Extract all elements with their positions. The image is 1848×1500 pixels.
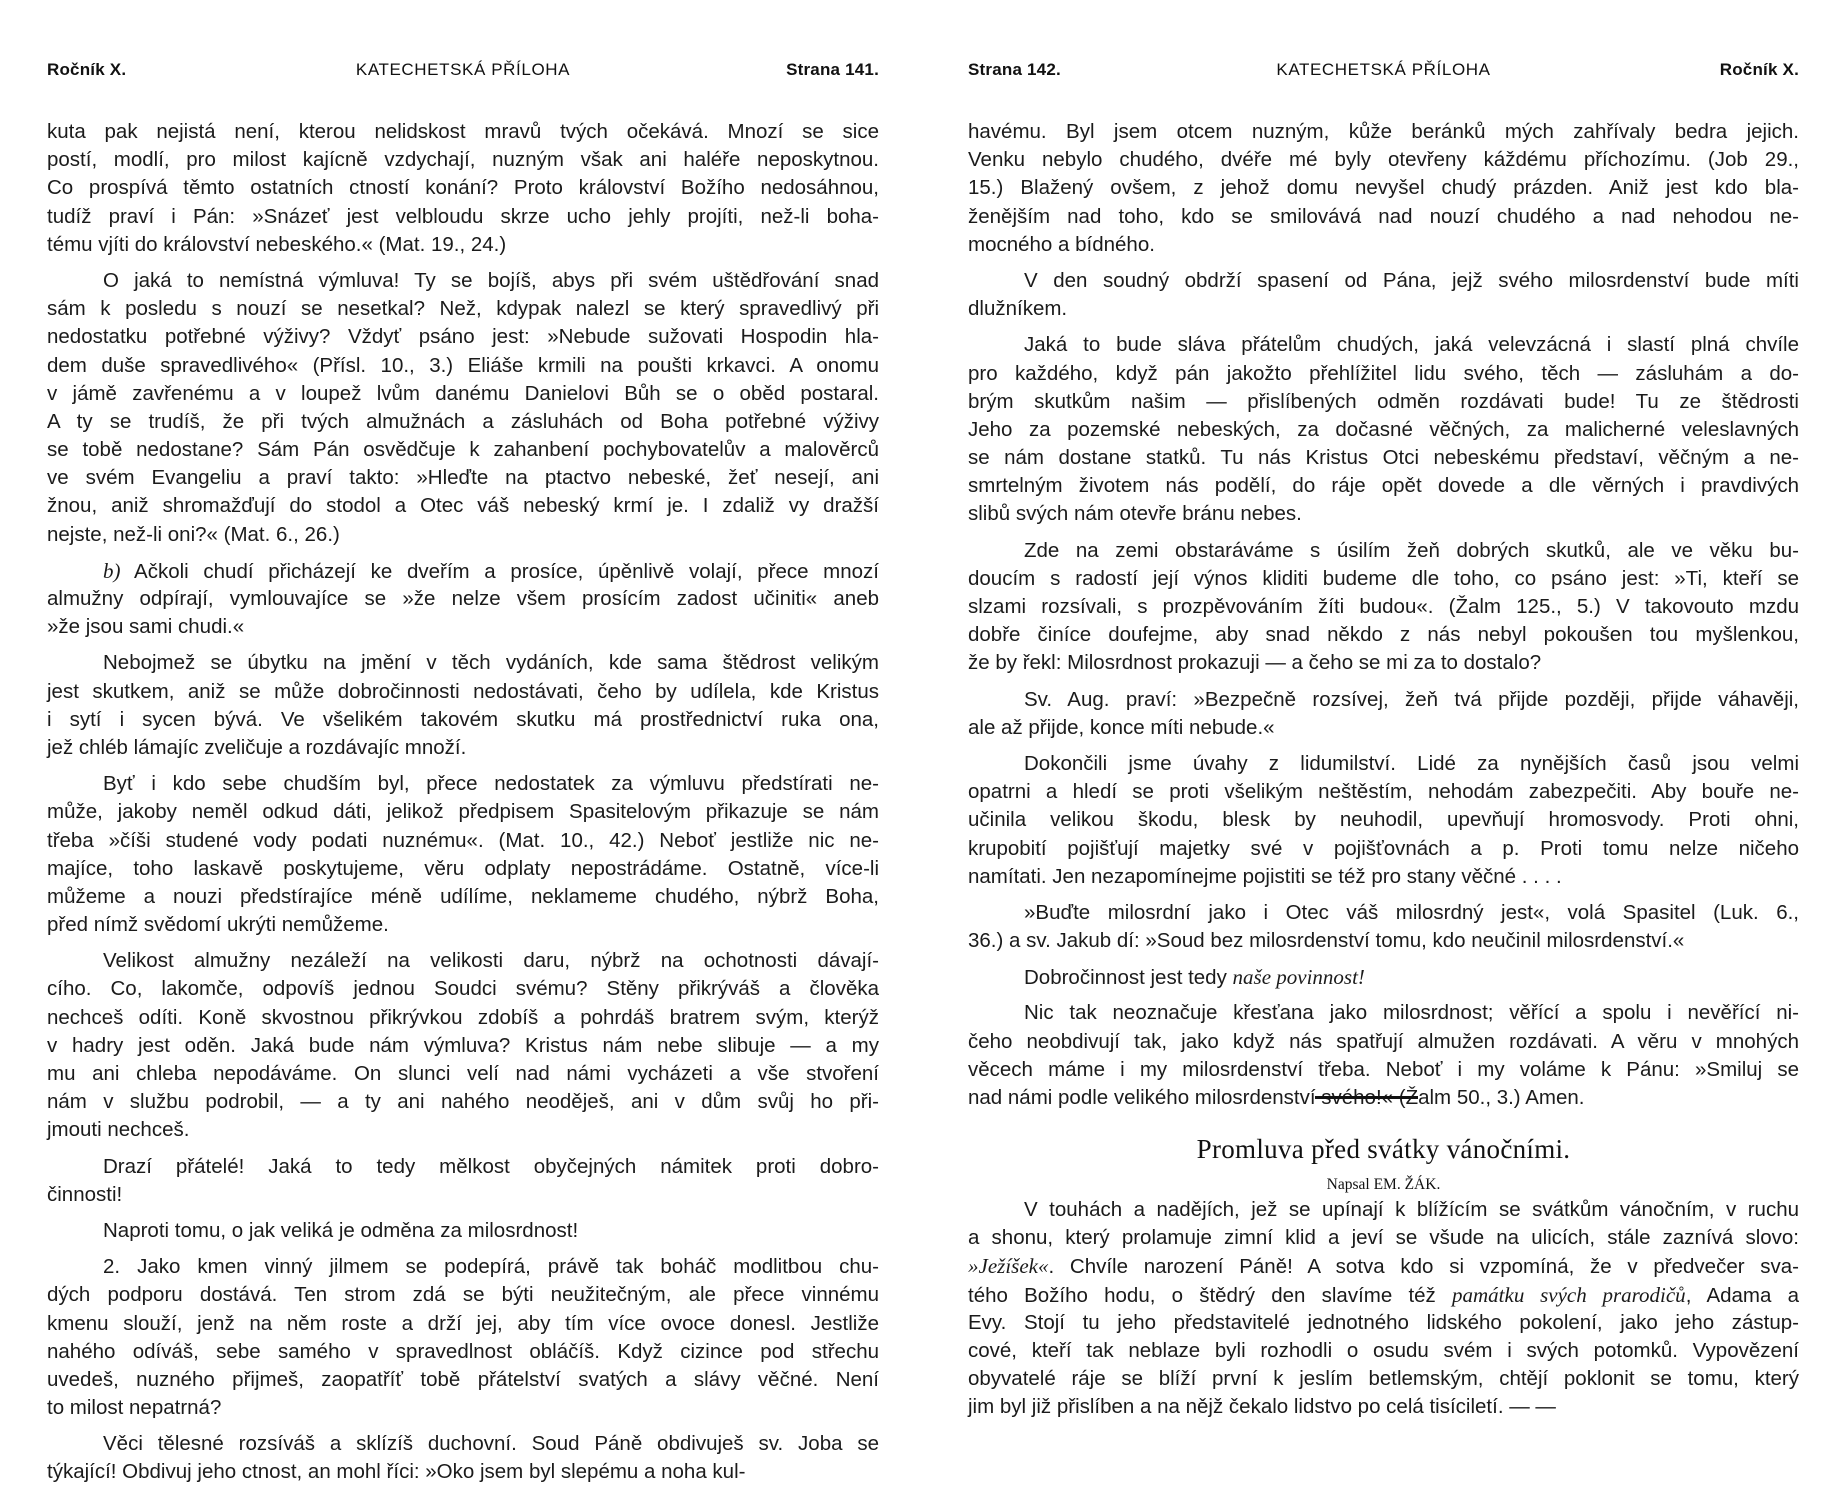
text-fragment: v jámě zavřenému a v loupež lvům danému … <box>47 382 879 405</box>
text-fragment: Byť i kdo sebe chudším byl, přece nedost… <box>103 772 879 795</box>
text-line: opatrni a hledí se proti všelikým neštěs… <box>968 778 1799 806</box>
text-fragment: nejste, než-li oni?« (Mat. 6., 26.) <box>47 523 340 546</box>
text-fragment: se tobě nedostane? Sám Pán osvědčuje k z… <box>47 438 879 461</box>
text-fragment: činnosti! <box>47 1183 122 1206</box>
text-fragment: »Buďte milosrdní jako i Otec váš milosrd… <box>1024 901 1799 924</box>
emphasis: »Ježíšek« <box>968 1254 1048 1278</box>
right-page-body: havému. Byl jsem otcem nuzným, kůže berá… <box>968 118 1799 1120</box>
text-fragment: smrtelným životem nás podělí, do ráje op… <box>968 474 1799 497</box>
left-page-body: kuta pak nejistá není, kterou nelidskost… <box>47 118 879 1495</box>
text-fragment: dých podporu dostává. Ten strom zdá se b… <box>47 1283 879 1306</box>
paragraph: Zde na zemi obstaráváme s úsilím žeň dob… <box>968 537 1799 678</box>
text-line: namítati. Jen nezapomínejme pojistiti se… <box>968 863 1799 891</box>
text-line: nedostatku potřebné výživy? Vždyť psáno … <box>47 323 879 351</box>
text-fragment: tudíž praví i Pán: »Snázeť jest velbloud… <box>47 205 879 228</box>
text-fragment: může, jakoby neměl odkud dáti, jelikož p… <box>47 800 879 823</box>
text-line: krupobití pojišťují majetky své v pojišť… <box>968 835 1799 863</box>
text-fragment: . Chvíle narození Páně! A sotva kdo si v… <box>1048 1255 1799 1278</box>
text-fragment: slzami rozsívali, s prozpěvováním žíti b… <box>968 595 1799 618</box>
text-fragment: kmenu slouží, jenž na něm roste a drží j… <box>47 1312 879 1335</box>
text-fragment: V den soudný obdrží spasení od Pána, jej… <box>1024 269 1799 292</box>
text-line: ženějším nad toho, kdo se smilovává nad … <box>968 203 1799 231</box>
paragraph: 2. Jako kmen vinný jilmem se podepírá, p… <box>47 1253 879 1422</box>
text-fragment: týkající! Obdivuj jeho ctnost, an mohl ř… <box>47 1460 745 1483</box>
text-line: brým skutkům našim — přislíbených odměn … <box>968 388 1799 416</box>
text-fragment: jest skutkem, aniž se může dobročinnosti… <box>47 680 879 703</box>
text-line: cové, kteří tak neblaze byli rozhodli o … <box>968 1337 1799 1365</box>
text-fragment: nahého odíváš, sebe samého v spravedlnos… <box>47 1340 879 1363</box>
text-line: učinila velikou škodu, blesk by neuhodil… <box>968 806 1799 834</box>
text-fragment: Ačkoli chudí přicházejí ke dveřím a pros… <box>121 560 880 583</box>
text-line: »Ježíšek«. Chvíle narození Páně! A sotva… <box>968 1252 1799 1280</box>
text-fragment: uvedeš, nuzného přijmeš, zaopatříť tobě … <box>47 1368 879 1391</box>
text-fragment: ale až přijde, konce míti nebude.« <box>968 716 1275 739</box>
text-fragment: »že jsou sami chudi.« <box>47 615 244 638</box>
text-line: nahého odíváš, sebe samého v spravedlnos… <box>47 1338 879 1366</box>
text-line: Nebojmež se úbytku na jmění v těch vydán… <box>47 649 879 677</box>
text-fragment: třeba »číši studené vody podati nuznému«… <box>47 829 879 852</box>
paragraph: Nebojmež se úbytku na jmění v těch vydán… <box>47 649 879 762</box>
text-fragment: Nebojmež se úbytku na jmění v těch vydán… <box>103 651 879 674</box>
list-marker: b) <box>103 559 121 583</box>
text-line: to milost nepatrná? <box>47 1394 879 1422</box>
text-line: před nímž svědomí ukrýti nemůžeme. <box>47 911 879 939</box>
text-fragment: můžeme a nouzi předstírajíce méně udílím… <box>47 885 879 908</box>
text-line: týkající! Obdivuj jeho ctnost, an mohl ř… <box>47 1458 879 1486</box>
text-line: věcech máme i my milosrdenství třeba. Ne… <box>968 1056 1799 1084</box>
text-line: mocného a bídného. <box>968 231 1799 259</box>
text-line: Venku nebylo chudého, dvéře mé byly otev… <box>968 146 1799 174</box>
text-fragment: 36.) a sv. Jakub dí: »Soud bez milosrden… <box>968 929 1684 952</box>
text-fragment: sám k posledu s nouzí se nesetkal? Než, … <box>47 297 879 320</box>
text-fragment: před nímž svědomí ukrýti nemůžeme. <box>47 913 389 936</box>
text-fragment: Nic tak neoznačuje křesťana jako milosrd… <box>1024 1001 1799 1024</box>
text-fragment: Věci tělesné rozsíváš a sklízíš duchovní… <box>103 1432 879 1455</box>
running-head-right: Strana 142. KATECHETSKÁ PŘÍLOHA Ročník X… <box>968 60 1799 84</box>
text-fragment: Drazí přátelé! Jaká to tedy mělkost obyč… <box>103 1155 879 1178</box>
text-fragment: Dobročinnost jest tedy <box>1024 966 1233 989</box>
text-fragment: dem duše spravedlivého« (Přísl. 10., 3.)… <box>47 354 879 377</box>
text-line: tému vjíti do království nebeského.« (Ma… <box>47 231 879 259</box>
text-line: majíce, toho laskavě poskytujeme, věru o… <box>47 855 879 883</box>
paragraph: Velikost almužny nezáleží na velikosti d… <box>47 947 879 1144</box>
paragraph: V den soudný obdrží spasení od Pána, jej… <box>968 267 1799 323</box>
text-line: a shonu, který prolamuje zimní klid a je… <box>968 1224 1799 1252</box>
text-fragment: nedostatku potřebné výživy? Vždyť psáno … <box>47 325 879 348</box>
emphasis: naše povinnost! <box>1233 965 1365 989</box>
text-line: Nic tak neoznačuje křesťana jako milosrd… <box>968 999 1799 1027</box>
text-line: postí, modlí, pro milost kajícně vzdycha… <box>47 146 879 174</box>
text-line: Věci tělesné rozsíváš a sklízíš duchovní… <box>47 1430 879 1458</box>
paragraph: Jaká to bude sláva přátelům chudých, jak… <box>968 331 1799 528</box>
text-line: dlužníkem. <box>968 295 1799 323</box>
text-line: ale až přijde, konce míti nebude.« <box>968 714 1799 742</box>
text-fragment: dobře činíce doufejme, aby snad někdo z … <box>968 623 1799 646</box>
text-fragment: jež chléb lámajíc zveličuje a rozdávajíc… <box>47 736 466 759</box>
text-fragment: doucím s radostí její výnos kliditi bude… <box>968 567 1799 590</box>
text-line: tudíž praví i Pán: »Snázeť jest velbloud… <box>47 203 879 231</box>
text-fragment: Jeho za pozemské nebeských, za dočasné v… <box>968 418 1799 441</box>
paragraph: Naproti tomu, o jak veliká je odměna za … <box>47 1217 879 1245</box>
text-line: 15.) Blažený ovšem, z jehož domu nevyšel… <box>968 174 1799 202</box>
text-fragment: Dokončili jsme úvahy z lidumilství. Lidé… <box>1024 752 1799 775</box>
text-fragment: majíce, toho laskavě poskytujeme, věru o… <box>47 857 879 880</box>
text-fragment: cího. Co, lakomče, odpovíš jednou Soudci… <box>47 977 879 1000</box>
text-line: 2. Jako kmen vinný jilmem se podepírá, p… <box>47 1253 879 1281</box>
text-line: V den soudný obdrží spasení od Pána, jej… <box>968 267 1799 295</box>
text-fragment: čeho neobdivují tak, jako když nás spatř… <box>968 1030 1799 1053</box>
text-line: Co prospívá těmto ostatních ctností koná… <box>47 174 879 202</box>
volume-label: Ročník X. <box>1720 60 1799 80</box>
text-line: tého Božího hodu, o štědrý den slavíme t… <box>968 1281 1799 1309</box>
text-fragment: i sytí i sycen bývá. Ve všelikém takovém… <box>47 708 879 731</box>
text-line: že by řekl: Milosrdnost prokazuji — a če… <box>968 649 1799 677</box>
text-fragment: Co prospívá těmto ostatních ctností koná… <box>47 176 879 199</box>
text-line: sám k posledu s nouzí se nesetkal? Než, … <box>47 295 879 323</box>
text-line: Naproti tomu, o jak veliká je odměna za … <box>47 1217 879 1245</box>
paragraph: kuta pak nejistá není, kterou nelidskost… <box>47 118 879 259</box>
paragraph: b) Ačkoli chudí přicházejí ke dveřím a p… <box>47 557 879 642</box>
section-divider <box>1315 1096 1418 1099</box>
text-fragment: to milost nepatrná? <box>47 1396 221 1419</box>
text-fragment: Venku nebylo chudého, dvéře mé byly otev… <box>968 148 1799 171</box>
text-fragment: Zde na zemi obstaráváme s úsilím žeň dob… <box>1024 539 1799 562</box>
text-fragment: v hadry jest oděn. Jaká bude nám výmluva… <box>47 1034 879 1057</box>
text-line: jest skutkem, aniž se může dobročinnosti… <box>47 678 879 706</box>
right-page: Strana 142. KATECHETSKÁ PŘÍLOHA Ročník X… <box>968 0 1799 1500</box>
text-line: »že jsou sami chudi.« <box>47 613 879 641</box>
text-line: jmouti nechceš. <box>47 1116 879 1144</box>
text-line: Dobročinnost jest tedy naše povinnost! <box>968 963 1799 991</box>
text-line: kuta pak nejistá není, kterou nelidskost… <box>47 118 879 146</box>
text-fragment: 2. Jako kmen vinný jilmem se podepírá, p… <box>103 1255 879 1278</box>
text-fragment: tého Božího hodu, o štědrý den slavíme t… <box>968 1284 1452 1307</box>
text-fragment: mocného a bídného. <box>968 233 1155 256</box>
text-line: dých podporu dostává. Ten strom zdá se b… <box>47 1281 879 1309</box>
section-title: Promluva před svátky vánočními. <box>968 1134 1799 1165</box>
text-line: uvedeš, nuzného přijmeš, zaopatříť tobě … <box>47 1366 879 1394</box>
publication-title: KATECHETSKÁ PŘÍLOHA <box>47 60 879 80</box>
text-line: jež chléb lámajíc zveličuje a rozdávajíc… <box>47 734 879 762</box>
text-line: obyvatelé ráje se blíží první k jeslím b… <box>968 1365 1799 1393</box>
paragraph: Věci tělesné rozsíváš a sklízíš duchovní… <box>47 1430 879 1486</box>
text-line: V touhách a nadějích, jež se upínají k b… <box>968 1196 1799 1224</box>
text-line: třeba »číši studené vody podati nuznému«… <box>47 827 879 855</box>
text-fragment: že by řekl: Milosrdnost prokazuji — a če… <box>968 651 1541 674</box>
text-fragment: tému vjíti do království nebeského.« (Ma… <box>47 233 506 256</box>
text-fragment: almužny odpírají, vymlouvajíce se »že ne… <box>47 587 879 610</box>
section-body: V touhách a nadějích, jež se upínají k b… <box>968 1196 1799 1422</box>
paragraph: Drazí přátelé! Jaká to tedy mělkost obyč… <box>47 1153 879 1209</box>
text-line: se nám dostane statků. Tu nás Kristus Ot… <box>968 444 1799 472</box>
text-line: v jámě zavřenému a v loupež lvům danému … <box>47 380 879 408</box>
text-line: b) Ačkoli chudí přicházejí ke dveřím a p… <box>47 557 879 585</box>
text-line: Byť i kdo sebe chudším byl, přece nedost… <box>47 770 879 798</box>
text-line: O jaká to nemístná výmluva! Ty se bojíš,… <box>47 267 879 295</box>
text-line: můžeme a nouzi předstírajíce méně udílím… <box>47 883 879 911</box>
text-line: nechceš odíti. Koně skvostnou přikrývkou… <box>47 1004 879 1032</box>
text-line: Jeho za pozemské nebeských, za dočasné v… <box>968 416 1799 444</box>
text-line: Zde na zemi obstaráváme s úsilím žeň dob… <box>968 537 1799 565</box>
text-line: 36.) a sv. Jakub dí: »Soud bez milosrden… <box>968 927 1799 955</box>
text-fragment: Naproti tomu, o jak veliká je odměna za … <box>103 1219 578 1242</box>
text-fragment: ve svém Evangeliu a praví takto: »Hleďte… <box>47 466 879 489</box>
text-fragment: , Adama a <box>1686 1284 1799 1307</box>
text-fragment: dlužníkem. <box>968 297 1067 320</box>
text-line: almužny odpírají, vymlouvajíce se »že ne… <box>47 585 879 613</box>
text-line: »Buďte milosrdní jako i Otec váš milosrd… <box>968 899 1799 927</box>
text-fragment: krupobití pojišťují majetky své v pojišť… <box>968 837 1799 860</box>
text-fragment: Sv. Aug. praví: »Bezpečně rozsívej, žeň … <box>1024 688 1799 711</box>
left-page: Ročník X. KATECHETSKÁ PŘÍLOHA Strana 141… <box>47 0 879 1500</box>
text-fragment: pro každého, když pán jakožto přehlížite… <box>968 362 1799 385</box>
text-fragment: slibů svých nám otevře bránu nebes. <box>968 502 1302 525</box>
page-number: Strana 141. <box>786 60 879 80</box>
text-line: Dokončili jsme úvahy z lidumilství. Lidé… <box>968 750 1799 778</box>
text-line: Drazí přátelé! Jaká to tedy mělkost obyč… <box>47 1153 879 1181</box>
text-line: jim byl již přislíben a na nějž čekalo l… <box>968 1393 1799 1421</box>
text-fragment: jmouti nechceš. <box>47 1118 189 1141</box>
text-line: Evy. Stojí tu jeho představitelé jednotn… <box>968 1309 1799 1337</box>
paragraph: Dokončili jsme úvahy z lidumilství. Lidé… <box>968 750 1799 891</box>
paragraph: Sv. Aug. praví: »Bezpečně rozsívej, žeň … <box>968 686 1799 742</box>
text-line: pro každého, když pán jakožto přehlížite… <box>968 360 1799 388</box>
text-fragment: nechceš odíti. Koně skvostnou přikrývkou… <box>47 1006 879 1029</box>
text-line: se tobě nedostane? Sám Pán osvědčuje k z… <box>47 436 879 464</box>
text-fragment: věcech máme i my milosrdenství třeba. Ne… <box>968 1058 1799 1081</box>
text-line: slzami rozsívali, s prozpěvováním žíti b… <box>968 593 1799 621</box>
text-line: čeho neobdivují tak, jako když nás spatř… <box>968 1028 1799 1056</box>
text-fragment: 15.) Blažený ovšem, z jehož domu nevyšel… <box>968 176 1799 199</box>
text-line: nám v službu podrobil, — a ty ani nahého… <box>47 1088 879 1116</box>
text-fragment: namítati. Jen nezapomínejme pojistiti se… <box>968 865 1562 888</box>
text-line: cího. Co, lakomče, odpovíš jednou Soudci… <box>47 975 879 1003</box>
text-line: Sv. Aug. praví: »Bezpečně rozsívej, žeň … <box>968 686 1799 714</box>
text-line: Jaká to bude sláva přátelům chudých, jak… <box>968 331 1799 359</box>
text-fragment: se nám dostane statků. Tu nás Kristus Ot… <box>968 446 1799 469</box>
running-head-left: Ročník X. KATECHETSKÁ PŘÍLOHA Strana 141… <box>47 60 879 84</box>
text-fragment: A ty se trudíš, že při tvých almužnách a… <box>47 410 879 433</box>
text-line: v hadry jest oděn. Jaká bude nám výmluva… <box>47 1032 879 1060</box>
emphasis: památku svých prarodičů <box>1452 1283 1686 1307</box>
text-fragment: učinila velikou škodu, blesk by neuhodil… <box>968 808 1799 831</box>
publication-title: KATECHETSKÁ PŘÍLOHA <box>968 60 1799 80</box>
text-line: dobře činíce doufejme, aby snad někdo z … <box>968 621 1799 649</box>
text-fragment: Velikost almužny nezáleží na velikosti d… <box>103 949 879 972</box>
text-fragment: žnou, aniž shromažďují do stodol a Otec … <box>47 494 879 517</box>
text-fragment: havému. Byl jsem otcem nuzným, kůže berá… <box>968 120 1799 143</box>
text-line: A ty se trudíš, že při tvých almužnách a… <box>47 408 879 436</box>
text-fragment: Jaká to bude sláva přátelům chudých, jak… <box>1024 333 1799 356</box>
paragraph: havému. Byl jsem otcem nuzným, kůže berá… <box>968 118 1799 259</box>
text-fragment: nám v službu podrobil, — a ty ani nahého… <box>47 1090 879 1113</box>
text-line: činnosti! <box>47 1181 879 1209</box>
text-fragment: kuta pak nejistá není, kterou nelidskost… <box>47 120 879 143</box>
text-line: dem duše spravedlivého« (Přísl. 10., 3.)… <box>47 352 879 380</box>
text-fragment: O jaká to nemístná výmluva! Ty se bojíš,… <box>103 269 879 292</box>
section-byline: Napsal EM. ŽÁK. <box>968 1176 1799 1194</box>
text-fragment: nad námi podle velikého milosrdenství sv… <box>968 1086 1584 1109</box>
text-line: mu ani chleba nepodáváme. On slunci velí… <box>47 1060 879 1088</box>
text-fragment: opatrni a hledí se proti všelikým neštěs… <box>968 780 1799 803</box>
text-line: i sytí i sycen bývá. Ve všelikém takovém… <box>47 706 879 734</box>
text-line: žnou, aniž shromažďují do stodol a Otec … <box>47 492 879 520</box>
text-line: slibů svých nám otevře bránu nebes. <box>968 500 1799 528</box>
paragraph: Byť i kdo sebe chudším byl, přece nedost… <box>47 770 879 939</box>
text-fragment: postí, modlí, pro milost kajícně vzdycha… <box>47 148 879 171</box>
paragraph: »Buďte milosrdní jako i Otec váš milosrd… <box>968 899 1799 955</box>
text-line: ve svém Evangeliu a praví takto: »Hleďte… <box>47 464 879 492</box>
text-line: může, jakoby neměl odkud dáti, jelikož p… <box>47 798 879 826</box>
paragraph: O jaká to nemístná výmluva! Ty se bojíš,… <box>47 267 879 549</box>
text-fragment: brým skutkům našim — přislíbených odměn … <box>968 390 1799 413</box>
text-line: Velikost almužny nezáleží na velikosti d… <box>47 947 879 975</box>
text-fragment: ženějším nad toho, kdo se smilovává nad … <box>968 205 1799 228</box>
text-line: kmenu slouží, jenž na něm roste a drží j… <box>47 1310 879 1338</box>
paragraph: Dobročinnost jest tedy naše povinnost! <box>968 963 1799 991</box>
text-line: smrtelným životem nás podělí, do ráje op… <box>968 472 1799 500</box>
text-line: havému. Byl jsem otcem nuzným, kůže berá… <box>968 118 1799 146</box>
text-line: nejste, než-li oni?« (Mat. 6., 26.) <box>47 521 879 549</box>
text-line: doucím s radostí její výnos kliditi bude… <box>968 565 1799 593</box>
text-fragment: mu ani chleba nepodáváme. On slunci velí… <box>47 1062 879 1085</box>
